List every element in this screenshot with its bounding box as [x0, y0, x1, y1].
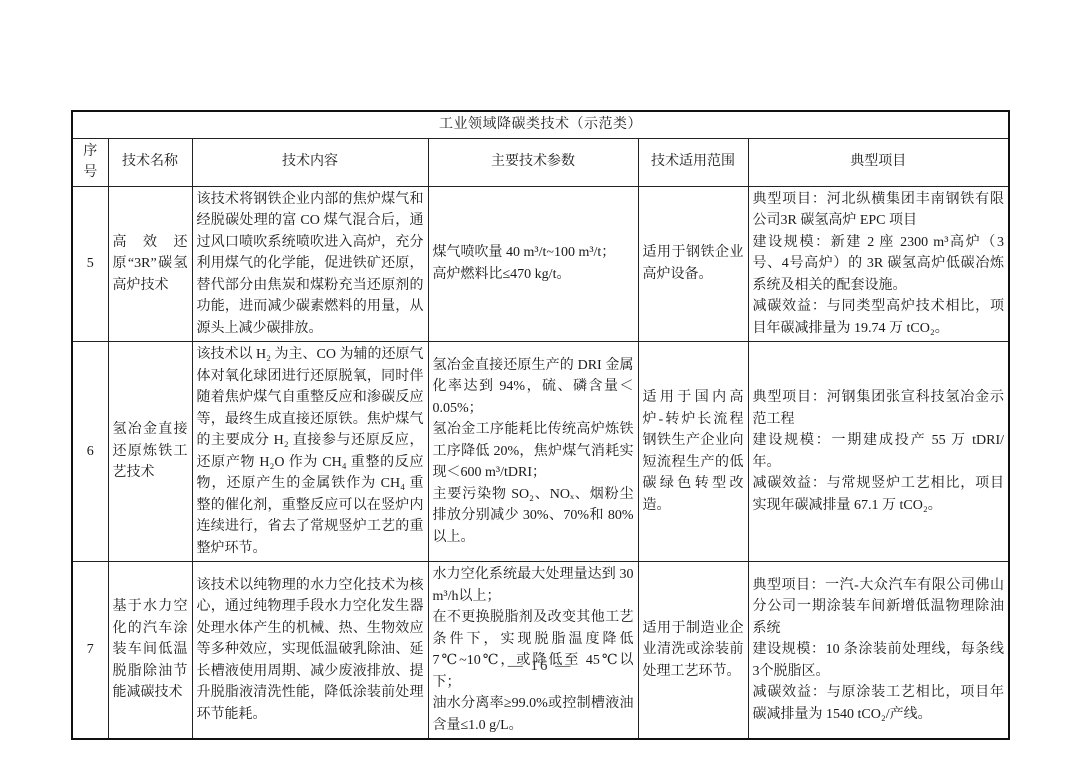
column-header-tech-scope: 技术适用范围 — [638, 138, 748, 186]
column-header-tech-name: 技术名称 — [108, 138, 192, 186]
cell-serial: 7 — [72, 562, 108, 740]
column-header-tech-params: 主要技术参数 — [428, 138, 638, 186]
table-row: 5 高效还原“3R”碳氢高炉技术 该技术将钢铁企业内部的焦炉煤气和经脱碳处理的富… — [72, 186, 1009, 342]
cell-typical-project: 典型项目：河北纵横集团丰南钢铁有限公司3R 碳氢高炉 EPC 项目 建设规模：新… — [748, 186, 1009, 342]
cell-typical-project: 典型项目：河钢集团张宣科技氢冶金示范工程 建设规模：一期建成投产 55 万 tD… — [748, 342, 1009, 562]
cell-tech-scope: 适用于国内高炉-转炉长流程钢铁生产企业向短流程生产的低碳绿色转型改造。 — [638, 342, 748, 562]
column-header-tech-content: 技术内容 — [192, 138, 428, 186]
cell-tech-content: 该技术以纯物理的水力空化技术为核心，通过纯物理手段水力空化发生器处理水体产生的机… — [192, 562, 428, 740]
cell-tech-name: 高效还原“3R”碳氢高炉技术 — [108, 186, 192, 342]
cell-serial: 6 — [72, 342, 108, 562]
carbon-tech-table: 工业领域降碳类技术（示范类） 序号 技术名称 技术内容 主要技术参数 技术适用范… — [71, 110, 1010, 740]
cell-tech-scope: 适用于制造业企业清洗或涂装前处理工艺环节。 — [638, 562, 748, 740]
cell-tech-params: 水力空化系统最大处理量达到 30 m³/h以上； 在不更换脱脂剂及改变其他工艺条… — [428, 562, 638, 740]
page-number: — 16 — — [0, 658, 1080, 675]
column-header-serial: 序号 — [72, 138, 108, 186]
cell-tech-params: 煤气喷吹量 40 m³/t~100 m³/t； 高炉燃料比≤470 kg/t。 — [428, 186, 638, 342]
table-header-row: 序号 技术名称 技术内容 主要技术参数 技术适用范围 典型项目 — [72, 138, 1009, 186]
cell-tech-params: 氢冶金直接还原生产的 DRI 金属化率达到 94%，硫、磷含量＜0.05%； 氢… — [428, 342, 638, 562]
table-title-row: 工业领域降碳类技术（示范类） — [72, 111, 1009, 138]
cell-tech-name: 氢冶金直接还原炼铁工艺技术 — [108, 342, 192, 562]
cell-tech-scope: 适用于钢铁企业高炉设备。 — [638, 186, 748, 342]
cell-tech-content: 该技术将钢铁企业内部的焦炉煤气和经脱碳处理的富 CO 煤气混合后，通过风口喷吹系… — [192, 186, 428, 342]
table-row: 7 基于水力空化的汽车涂装车间低温脱脂除油节能减碳技术 该技术以纯物理的水力空化… — [72, 562, 1009, 740]
cell-tech-content: 该技术以 H₂ 为主、CO 为辅的还原气体对氧化球团进行还原脱氧，同时伴随着焦炉… — [192, 342, 428, 562]
table-title: 工业领域降碳类技术（示范类） — [72, 111, 1009, 138]
cell-serial: 5 — [72, 186, 108, 342]
document-page: 工业领域降碳类技术（示范类） 序号 技术名称 技术内容 主要技术参数 技术适用范… — [0, 0, 1080, 763]
column-header-typical-project: 典型项目 — [748, 138, 1009, 186]
table-row: 6 氢冶金直接还原炼铁工艺技术 该技术以 H₂ 为主、CO 为辅的还原气体对氧化… — [72, 342, 1009, 562]
cell-typical-project: 典型项目：一汽-大众汽车有限公司佛山分公司一期涂装车间新增低温物理除油系统 建设… — [748, 562, 1009, 740]
cell-tech-name: 基于水力空化的汽车涂装车间低温脱脂除油节能减碳技术 — [108, 562, 192, 740]
